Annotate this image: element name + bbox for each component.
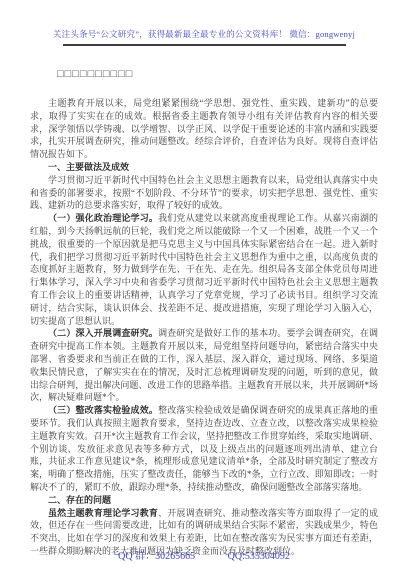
- header-notice-text: 关注头条号“公文研究”，获得最新最全最专业的公文资料库！ 微信：gongweny…: [53, 28, 355, 40]
- footer-contact: QQ 群：30265665 QQ:535304092: [0, 547, 408, 562]
- paragraph-intro: 主题教育开展以来，局党组紧紧围绕“学思想、强党性、重实践、建新功”的总要求，取得…: [30, 97, 378, 161]
- qq-group-number: QQ 群：30265665: [118, 551, 195, 562]
- paragraph-lead: （一）强化政治理论学习。: [48, 213, 158, 223]
- paragraph-point-2: （二）深入开展调查研究。调查研究是做好工作的基本功。要学会调查研究，在调查研究中…: [30, 327, 378, 404]
- paragraph-lead: 虽然主题教育理论学习教育: [48, 508, 158, 518]
- paragraph-text: 我们党从建党以来就高度重视理论工作。从嘉兴南湖的红船，到今天扬帆远航的巨轮，我们…: [30, 213, 378, 325]
- section-heading-1: 一、主要做法及成效: [30, 161, 378, 174]
- header-banner: 关注头条号“公文研究”，获得最新最全最专业的公文资料库！ 微信：gongweny…: [0, 0, 408, 46]
- paragraph-lead: （三）整改落实检验成效。: [48, 405, 158, 415]
- header-rule: [63, 44, 346, 46]
- paragraph-point-1: （一）强化政治理论学习。我们党从建党以来就高度重视理论工作。从嘉兴南湖的红船，到…: [30, 212, 378, 327]
- document-page: 关注头条号“公文研究”，获得最新最全最专业的公文资料库！ 微信：gongweny…: [0, 0, 408, 580]
- section-heading-2: 二、存在的问题: [30, 494, 378, 507]
- paragraph-point-3: （三）整改落实检验成效。整改落实检验成效是确保调查研究的成果真正落地的重要环节。…: [30, 404, 378, 494]
- section-heading-text: 一、主要做法及成效: [48, 162, 129, 172]
- paragraph-text: 主题教育开展以来，局党组紧紧围绕“学思想、强党性、重实践、建新功”的总要求，取得…: [30, 98, 378, 159]
- paragraph-text: 调查研究是做好工作的基本功。要学会调查研究，在调查研究中提高工作本领。主题教育开…: [30, 328, 378, 402]
- document-title: □□□□□□□□□□: [57, 69, 408, 80]
- paragraph-text: 整改落实检验成效是确保调查研究的成果真正落地的重要环节。我们认真按照主题教育要求…: [30, 405, 378, 492]
- paragraph-text: 学习贯彻习近平新时代中国特色社会主义思想主题教育以来，局党组认真落实中央和省委的…: [30, 175, 378, 211]
- paragraph-overview: 学习贯彻习近平新时代中国特色社会主义思想主题教育以来，局党组认真落实中央和省委的…: [30, 174, 378, 212]
- qq-number: QQ:535304092: [228, 551, 290, 562]
- paragraph-lead: （二）深入开展调查研究。: [48, 328, 158, 338]
- section-heading-text: 二、存在的问题: [48, 495, 111, 505]
- document-body: 主题教育开展以来，局党组紧紧围绕“学思想、强党性、重实践、建新功”的总要求，取得…: [30, 97, 378, 558]
